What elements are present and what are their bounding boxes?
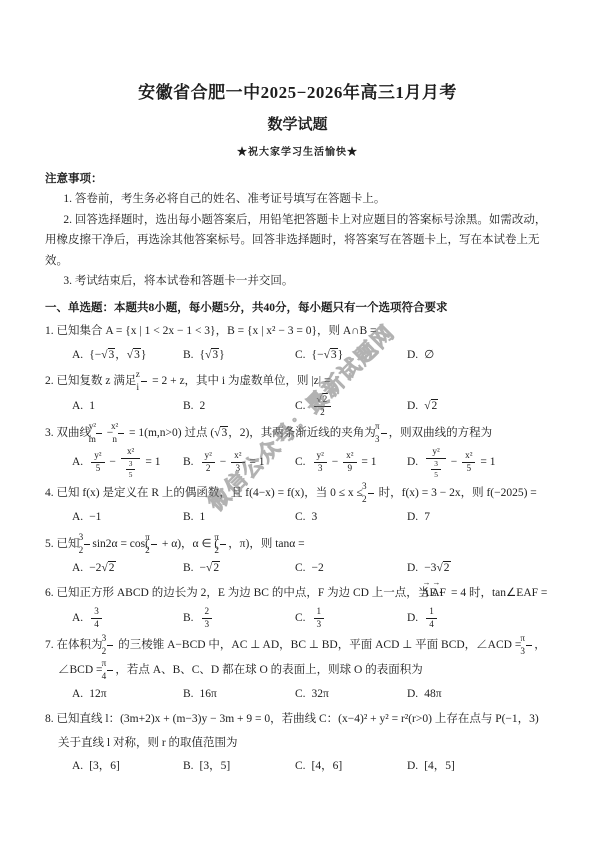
question-7: 7. 在体积为 32 的三棱锥 A−BCD 中，AC ⊥ AD，BC ⊥ BD，… xyxy=(45,633,550,706)
fraction: 32 xyxy=(368,481,374,506)
option-label: C. xyxy=(295,760,306,772)
option-A: A.1 xyxy=(72,395,183,419)
option-A: A.[3，6] xyxy=(72,755,183,779)
option-label: D. xyxy=(407,760,418,772)
question-stem: 1. 已知集合 A = {x | 1 < 2x − 1 < 3}，B = {x … xyxy=(45,320,550,344)
option-content: [4，6] xyxy=(312,760,343,772)
option-content: √22 xyxy=(312,400,334,412)
option-label: A. xyxy=(72,456,83,468)
sqrt: √3 xyxy=(127,348,141,361)
option-A: A.y²5 − x²35 = 1 xyxy=(72,446,183,479)
option-content: y²2 − x²3 = 1 xyxy=(200,456,265,468)
fraction: π3 xyxy=(526,633,532,658)
option-content: ∅ xyxy=(424,349,434,361)
option-B: B.{√3} xyxy=(183,344,295,368)
fraction: x²3 xyxy=(231,450,244,475)
option-label: B. xyxy=(183,760,194,772)
notice-item-2: 2. 回答选择题时，选出每小题答案后，用铅笔把答题卡上对应题目的答案标号涂黑。如… xyxy=(45,210,550,271)
question-stem: 5. 已知 32sin2α = cos(π2 + α)，α ∈ (π2，π)，则… xyxy=(45,532,550,557)
notice-item-1: 1. 答卷前，考生务必将自己的姓名、准考证号填写在答题卡上。 xyxy=(45,189,550,209)
option-content: {−√3} xyxy=(312,348,344,361)
fraction: π2 xyxy=(220,532,226,557)
options-row: A.[3，6]B.[3，5]C.[4，6]D.[4，5] xyxy=(72,755,550,779)
fraction: π3 xyxy=(381,421,387,446)
option-D: D.48π xyxy=(407,683,550,707)
option-B: B.−√2 xyxy=(183,557,295,581)
question-2: 2. 已知复数 z 满足 zi = 2 + z，其中 i 为虚数单位，则 |z|… xyxy=(45,369,550,419)
fraction: 35 xyxy=(431,459,441,479)
option-B: B.16π xyxy=(183,683,295,707)
question-stem: 7. 在体积为 32 的三棱锥 A−BCD 中，AC ⊥ AD，BC ⊥ BD，… xyxy=(45,633,550,683)
question-stem: 8. 已知直线 l：(3m+2)x + (m−3)y − 3m + 9 = 0，… xyxy=(45,708,550,755)
fraction: zi xyxy=(141,369,147,394)
option-content: 1 xyxy=(89,400,95,412)
question-1: 1. 已知集合 A = {x | 1 < 2x − 1 < 3}，B = {x … xyxy=(45,320,550,367)
vector: AF xyxy=(444,582,446,606)
option-content: −3√2 xyxy=(424,561,450,574)
option-D: D.[4，5] xyxy=(407,755,550,779)
sqrt: √2 xyxy=(317,393,329,404)
sqrt: √2 xyxy=(206,561,220,574)
option-content: {√3} xyxy=(200,348,225,361)
option-C: C.√22 xyxy=(295,394,407,419)
fraction: π2 xyxy=(151,532,157,557)
option-A: A.12π xyxy=(72,683,183,707)
greeting-line: ★祝大家学习生活愉快★ xyxy=(45,143,550,158)
option-content: [3，6] xyxy=(89,760,120,772)
fraction: π4 xyxy=(107,658,113,683)
fraction: y²35 xyxy=(426,446,446,479)
option-content: 23 xyxy=(200,612,215,624)
option-label: B. xyxy=(183,349,194,361)
option-C: C.3 xyxy=(295,506,407,530)
fraction: y²3 xyxy=(314,450,327,475)
fraction: x²n xyxy=(118,421,124,446)
options-row: A.−2√2B.−√2C.−2D.−3√2 xyxy=(72,557,550,581)
option-content: 48π xyxy=(424,688,441,700)
option-label: B. xyxy=(183,562,194,574)
option-label: C. xyxy=(295,688,306,700)
sqrt: √2 xyxy=(101,561,115,574)
fraction: 34 xyxy=(91,606,102,631)
fraction: 23 xyxy=(202,606,213,631)
option-content: −2 xyxy=(312,562,324,574)
option-content: 2 xyxy=(200,400,206,412)
option-label: A. xyxy=(72,562,83,574)
options-row: A.34B.23C.13D.14 xyxy=(72,606,550,631)
options-row: A.12πB.16πC.32πD.48π xyxy=(72,683,550,707)
option-label: A. xyxy=(72,688,83,700)
option-label: B. xyxy=(183,456,194,468)
option-label: A. xyxy=(72,760,83,772)
option-label: B. xyxy=(183,688,194,700)
question-stem: 2. 已知复数 z 满足 zi = 2 + z，其中 i 为虚数单位，则 |z|… xyxy=(45,369,550,394)
question-5: 5. 已知 32sin2α = cos(π2 + α)，α ∈ (π2，π)，则… xyxy=(45,532,550,580)
options-row: A.{−√3，√3}B.{√3}C.{−√3}D.∅ xyxy=(72,344,550,368)
fraction: 32 xyxy=(84,532,90,557)
option-label: D. xyxy=(407,562,418,574)
option-content: y²5 − x²35 = 1 xyxy=(89,456,160,468)
option-content: y²3 − x²9 = 1 xyxy=(312,456,377,468)
section-heading: 一、单选题：本题共8小题，每小题5分，共40分，每小题只有一个选项符合要求 xyxy=(45,299,550,319)
option-D: D.7 xyxy=(407,506,550,530)
option-label: C. xyxy=(295,562,306,574)
option-label: B. xyxy=(183,400,194,412)
options-row: A.y²5 − x²35 = 1B.y²2 − x²3 = 1C.y²3 − x… xyxy=(72,446,550,479)
option-A: A.{−√3，√3} xyxy=(72,344,183,368)
option-label: C. xyxy=(295,511,306,523)
option-label: D. xyxy=(407,688,418,700)
option-C: C.{−√3} xyxy=(295,344,407,368)
option-content: 16π xyxy=(200,688,217,700)
option-label: A. xyxy=(72,612,83,624)
option-content: 13 xyxy=(312,612,327,624)
option-D: D.y²35 − x²5 = 1 xyxy=(407,446,550,479)
option-label: C. xyxy=(295,612,306,624)
option-label: C. xyxy=(295,349,306,361)
exam-page: 安徽省合肥一中2025−2026年高三1月月考 数学试题 ★祝大家学习生活愉快★… xyxy=(0,0,595,842)
question-list: 1. 已知集合 A = {x | 1 < 2x − 1 < 3}，B = {x … xyxy=(45,320,550,778)
option-label: C. xyxy=(295,456,306,468)
option-content: −1 xyxy=(89,511,101,523)
option-content: {−√3，√3} xyxy=(89,348,146,361)
option-content: 14 xyxy=(424,612,439,624)
option-label: C. xyxy=(295,400,306,412)
fraction: √22 xyxy=(314,394,332,419)
option-label: A. xyxy=(72,511,83,523)
option-content: [3，5] xyxy=(200,760,231,772)
exam-title: 安徽省合肥一中2025−2026年高三1月月考 xyxy=(45,78,550,103)
question-stem: 3. 双曲线 y²m − x²n = 1(m,n>0) 过点 (√3，2)，其两… xyxy=(45,421,550,446)
sqrt: √3 xyxy=(205,348,219,361)
question-8: 8. 已知直线 l：(3m+2)x + (m−3)y − 3m + 9 = 0，… xyxy=(45,708,550,779)
option-content: 1 xyxy=(200,511,206,523)
option-label: A. xyxy=(72,400,83,412)
option-A: A.34 xyxy=(72,606,183,631)
option-C: C.−2 xyxy=(295,557,407,581)
option-label: A. xyxy=(72,349,83,361)
option-label: D. xyxy=(407,612,418,624)
option-label: D. xyxy=(407,400,418,412)
option-content: √2 xyxy=(424,399,438,412)
notice-block: 注意事项： 1. 答卷前，考生务必将自己的姓名、准考证号填写在答题卡上。 2. … xyxy=(45,169,550,292)
fraction: x²9 xyxy=(343,450,356,475)
sqrt: √3 xyxy=(101,348,115,361)
option-content: [4，5] xyxy=(424,760,455,772)
sqrt: √2 xyxy=(436,561,450,574)
option-B: B.[3，5] xyxy=(183,755,295,779)
options-row: A.−1B.1C.3D.7 xyxy=(72,506,550,530)
option-label: B. xyxy=(183,612,194,624)
question-stem: 6. 已知正方形 ABCD 的边长为 2，E 为边 BC 的中点，F 为边 CD… xyxy=(45,582,550,606)
question-4: 4. 已知 f(x) 是定义在 R 上的偶函数，且 f(4−x) = f(x)，… xyxy=(45,481,550,529)
option-C: C.[4，6] xyxy=(295,755,407,779)
option-D: D.√2 xyxy=(407,395,550,419)
question-6: 6. 已知正方形 ABCD 的边长为 2，E 为边 BC 的中点，F 为边 CD… xyxy=(45,582,550,630)
option-C: C.13 xyxy=(295,606,407,631)
fraction: y²2 xyxy=(202,450,215,475)
notice-item-3: 3. 考试结束后，将本试卷和答题卡一并交回。 xyxy=(45,271,550,291)
option-content: 32π xyxy=(312,688,329,700)
option-D: D.∅ xyxy=(407,344,550,368)
sqrt: √2 xyxy=(424,399,438,412)
option-content: y²35 − x²5 = 1 xyxy=(424,456,495,468)
fraction: y²m xyxy=(96,421,102,446)
option-content: 12π xyxy=(89,688,106,700)
option-label: B. xyxy=(183,511,194,523)
option-B: B.1 xyxy=(183,506,295,530)
option-D: D.14 xyxy=(407,606,550,631)
option-B: B.2 xyxy=(183,395,295,419)
exam-subject: 数学试题 xyxy=(45,113,550,134)
option-B: B.23 xyxy=(183,606,295,631)
option-content: −√2 xyxy=(200,561,221,574)
option-C: C.y²3 − x²9 = 1 xyxy=(295,450,407,475)
option-B: B.y²2 − x²3 = 1 xyxy=(183,450,295,475)
fraction: 13 xyxy=(314,606,325,631)
options-row: A.1B.2C.√22D.√2 xyxy=(72,394,550,419)
fraction: 35 xyxy=(126,459,136,479)
option-content: 7 xyxy=(424,511,430,523)
option-label: D. xyxy=(407,511,418,523)
question-stem: 4. 已知 f(x) 是定义在 R 上的偶函数，且 f(4−x) = f(x)，… xyxy=(45,481,550,506)
fraction: 32 xyxy=(107,633,113,658)
question-3: 3. 双曲线 y²m − x²n = 1(m,n>0) 过点 (√3，2)，其两… xyxy=(45,421,550,479)
fraction: x²5 xyxy=(462,450,475,475)
option-C: C.32π xyxy=(295,683,407,707)
option-label: D. xyxy=(407,456,418,468)
option-content: 34 xyxy=(89,612,104,624)
notice-heading: 注意事项： xyxy=(45,169,550,189)
option-content: 3 xyxy=(312,511,318,523)
option-content: −2√2 xyxy=(89,561,115,574)
option-A: A.−1 xyxy=(72,506,183,530)
fraction: y²5 xyxy=(91,450,104,475)
sqrt: √3 xyxy=(214,426,228,439)
fraction: 14 xyxy=(426,606,437,631)
sqrt: √3 xyxy=(324,348,338,361)
option-A: A.−2√2 xyxy=(72,557,183,581)
option-label: D. xyxy=(407,349,418,361)
fraction: x²35 xyxy=(121,446,141,479)
